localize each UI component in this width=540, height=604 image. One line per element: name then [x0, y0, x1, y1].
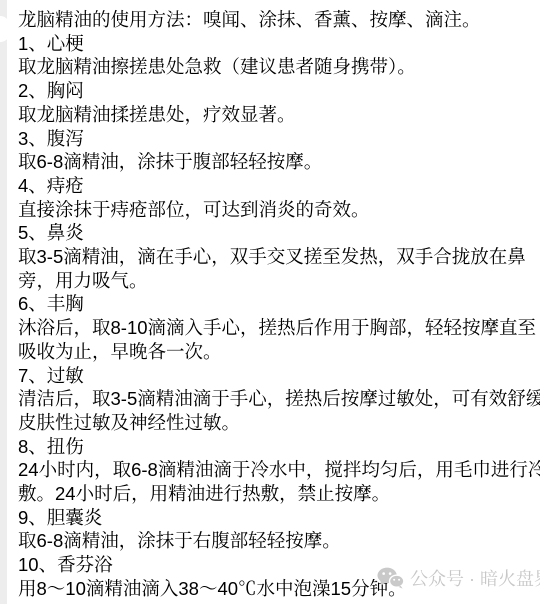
text-line: 清洁后，取3-5滴精油滴于手心，搓热后按摩过敏处，可有效舒缓 — [18, 387, 536, 411]
wechat-icon — [377, 567, 404, 589]
text-line: 直接涂抹于痔疮部位，可达到消炎的奇效。 — [18, 198, 536, 222]
text-line: 取6-8滴精油，涂抹于腹部轻轻按摩。 — [18, 150, 536, 174]
left-edge-bar — [0, 0, 7, 604]
text-line: 3、腹泻 — [18, 127, 536, 151]
text-line: 皮肤性过敏及神经性过敏。 — [18, 411, 536, 435]
text-line: 5、鼻炎 — [18, 221, 536, 245]
watermark: 公众号 · 暗火盘界 — [377, 566, 540, 590]
text-line: 4、痔疮 — [18, 174, 536, 198]
text-line: 取龙脑精油擦搓患处急救（建议患者随身携带）。 — [18, 55, 536, 79]
text-line: 24小时内，取6-8滴精油滴于冷水中，搅拌均匀后，用毛巾进行冷 — [18, 458, 536, 482]
article-title: 龙脑精油的使用方法：嗅闻、涂抹、香薰、按摩、滴注。 — [18, 8, 536, 32]
watermark-text: 公众号 · 暗火盘界 — [410, 565, 540, 591]
text-line: 敷。24小时后，用精油进行热敷，禁止按摩。 — [18, 482, 536, 506]
text-line: 7、过敏 — [18, 364, 536, 388]
article-text: 龙脑精油的使用方法：嗅闻、涂抹、香薰、按摩、滴注。 1、心梗 取龙脑精油擦搓患处… — [18, 8, 536, 601]
text-line: 取3-5滴精油，滴在手心，双手交叉搓至发热，双手合拢放在鼻 — [18, 245, 536, 269]
text-line: 8、扭伤 — [18, 435, 536, 459]
left-edge-notch — [0, 16, 11, 42]
text-line: 6、丰胸 — [18, 292, 536, 316]
text-line: 1、心梗 — [18, 32, 536, 56]
text-line: 取6-8滴精油，涂抹于右腹部轻轻按摩。 — [18, 529, 536, 553]
text-line: 9、胆囊炎 — [18, 506, 536, 530]
text-line: 吸收为止，早晚各一次。 — [18, 340, 536, 364]
text-line: 2、胸闷 — [18, 79, 536, 103]
text-line: 取龙脑精油揉搓患处，疗效显著。 — [18, 103, 536, 127]
text-line: 沐浴后，取8-10滴滴入手心，搓热后作用于胸部，轻轻按摩直至 — [18, 316, 536, 340]
text-line: 旁，用力吸气。 — [18, 269, 536, 293]
